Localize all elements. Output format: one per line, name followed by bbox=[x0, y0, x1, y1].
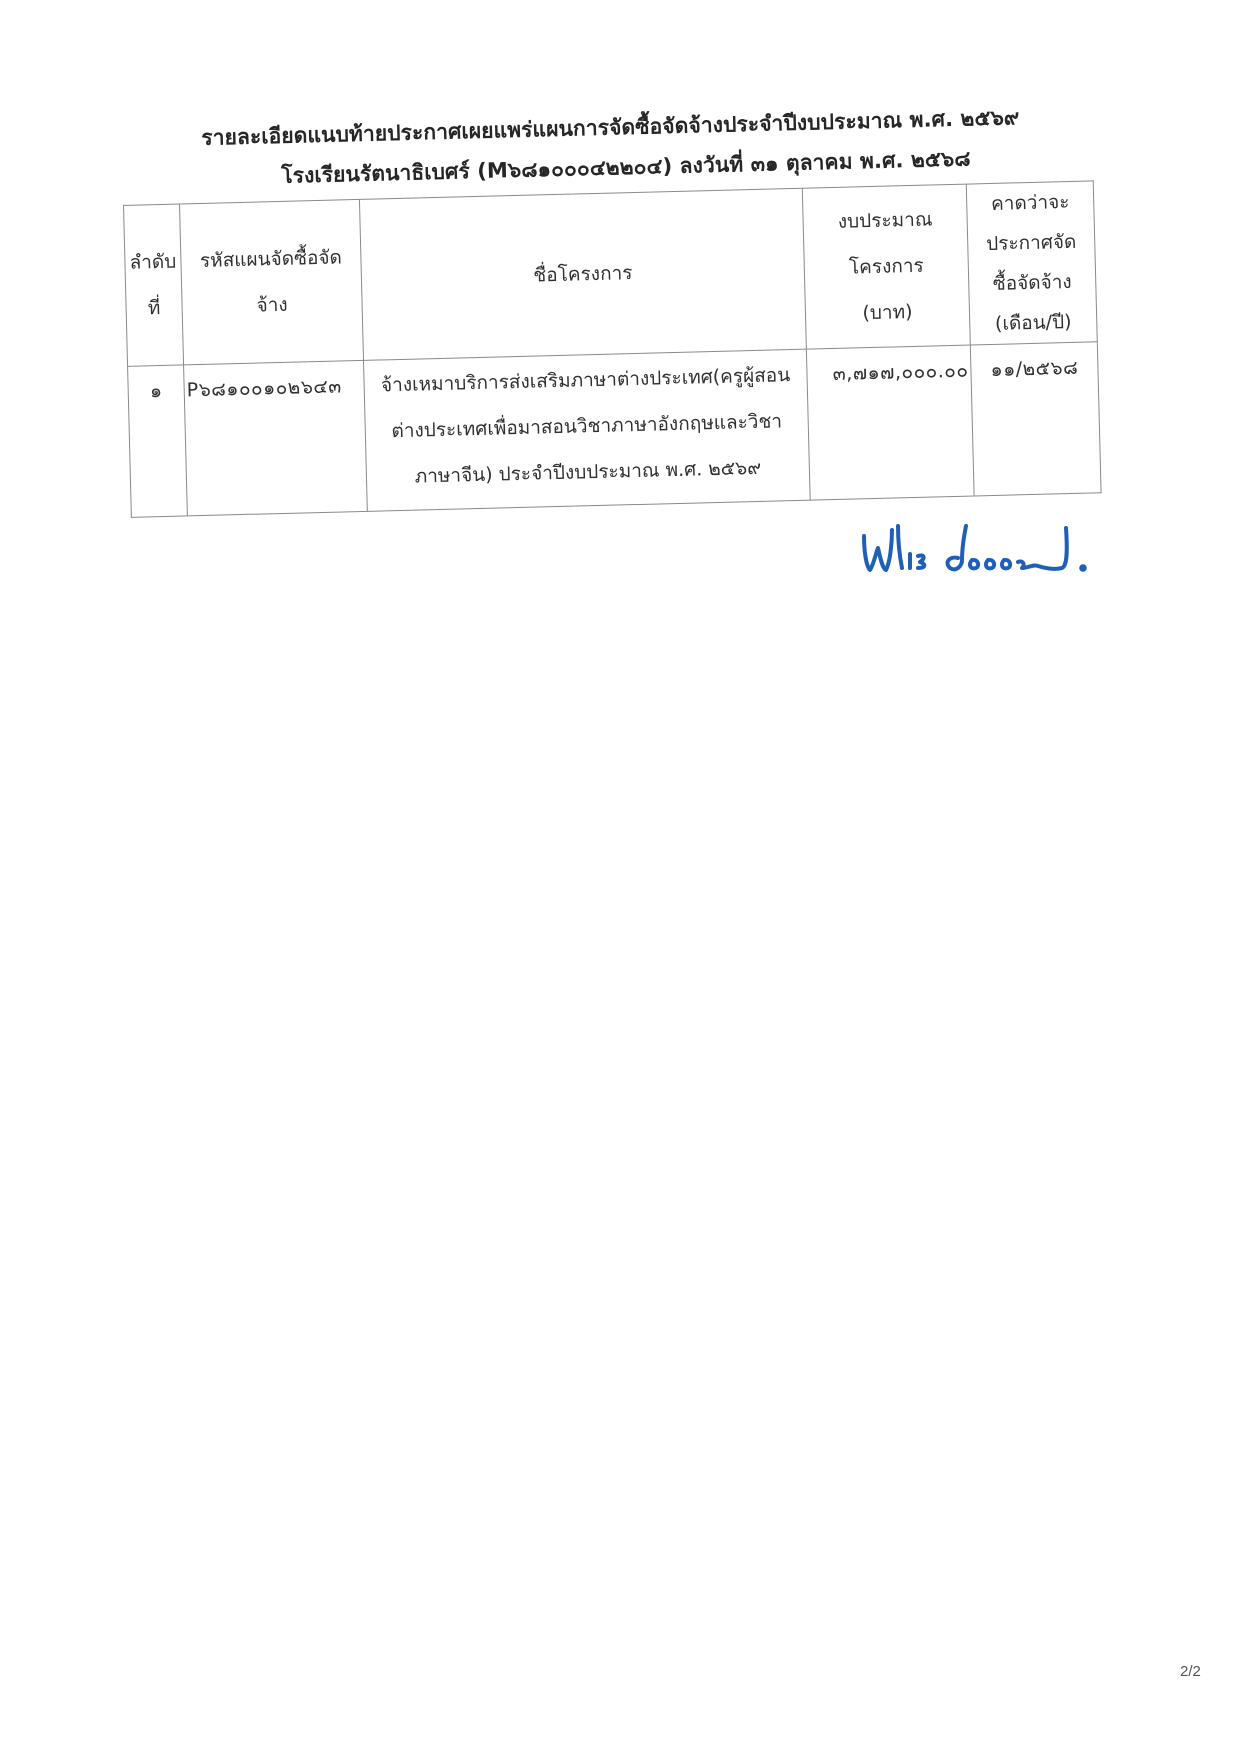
cell-no: ๑ bbox=[128, 365, 188, 517]
table-row: ๑ P๖๘๑๐๐๑๐๒๖๔๓ จ้างเหมาบริการส่งเสริมภาษ… bbox=[128, 342, 1102, 517]
cell-project-name: จ้างเหมาบริการส่งเสริมภาษาต่างประเทศ(ครู… bbox=[364, 349, 811, 511]
cell-plan-code: P๖๘๑๐๐๑๐๒๖๔๓ bbox=[184, 360, 368, 516]
scanned-content: รายละเอียดแนบท้ายประกาศเผยแพร่แผนการจัดซ… bbox=[0, 0, 1236, 3]
cell-expected-date: ๑๑/๒๕๖๘ bbox=[970, 342, 1101, 496]
table-header-row: ลำดับ ที่ รหัสแผนจัดซื้อจัด จ้าง ชื่อโคร… bbox=[124, 181, 1098, 366]
procurement-plan-table: ลำดับ ที่ รหัสแผนจัดซื้อจัด จ้าง ชื่อโคร… bbox=[123, 180, 1102, 517]
header-project-name: ชื่อโครงการ bbox=[359, 188, 806, 360]
document-page: รายละเอียดแนบท้ายประกาศเผยแพร่แผนการจัดซ… bbox=[0, 0, 1242, 1755]
handwritten-signature bbox=[858, 518, 1098, 578]
cell-budget: ๓,๗๑๗,๐๐๐.๐๐ bbox=[806, 345, 974, 500]
header-expected-date: คาดว่าจะ ประกาศจัด ซื้อจัดจ้าง (เดือน/ปี… bbox=[966, 181, 1097, 345]
header-no: ลำดับ ที่ bbox=[124, 204, 184, 366]
page-number: 2/2 bbox=[1180, 1663, 1201, 1680]
header-budget: งบประมาณ โครงการ (บาท) bbox=[802, 184, 970, 349]
header-plan-code: รหัสแผนจัดซื้อจัด จ้าง bbox=[179, 199, 363, 365]
